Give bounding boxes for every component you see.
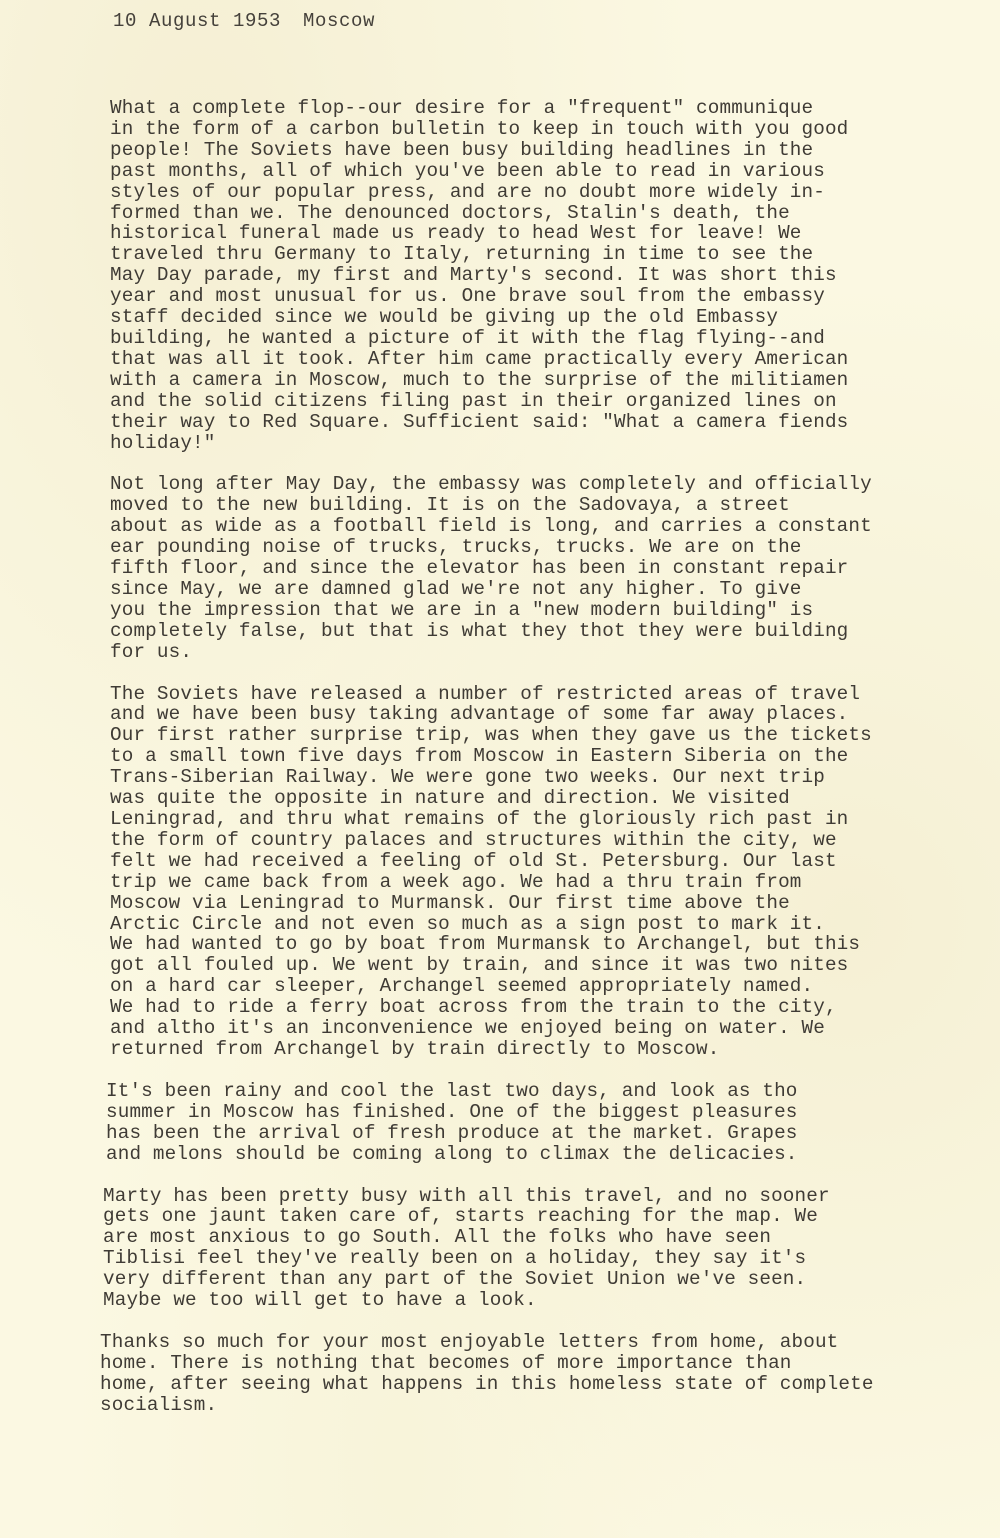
text-line: building, he wanted a picture of it with… <box>110 328 950 349</box>
text-line: has been the arrival of fresh produce at… <box>106 1123 950 1144</box>
text-line: Not long after May Day, the embassy was … <box>110 474 950 495</box>
letter-place: Moscow <box>303 10 375 32</box>
text-line: for us. <box>110 642 950 663</box>
text-line: in the form of a carbon bulletin to keep… <box>110 119 950 140</box>
paragraph-2: Not long after May Day, the embassy was … <box>110 474 950 662</box>
text-line: and we have been busy taking advantage o… <box>110 704 950 725</box>
text-line: completely false, but that is what they … <box>110 621 950 642</box>
paragraph-1: What a complete flop--our desire for a "… <box>110 98 950 453</box>
typed-letter-page: 10 August 1953Moscow What a complete flo… <box>0 0 1000 1538</box>
text-line: felt we had received a feeling of old St… <box>110 851 950 872</box>
text-line: Marty has been pretty busy with all this… <box>103 1186 950 1207</box>
text-line: and melons should be coming along to cli… <box>106 1144 950 1165</box>
text-line: gets one jaunt taken care of, starts rea… <box>103 1206 950 1227</box>
text-line: Tiblisi feel they've really been on a ho… <box>103 1248 950 1269</box>
text-line: trip we came back from a week ago. We ha… <box>110 872 950 893</box>
text-line: about as wide as a football field is lon… <box>110 516 950 537</box>
text-line: was quite the opposite in nature and dir… <box>110 788 950 809</box>
text-line: It's been rainy and cool the last two da… <box>106 1081 950 1102</box>
text-line: people! The Soviets have been busy build… <box>110 140 950 161</box>
text-line: Maybe we too will get to have a look. <box>103 1290 950 1311</box>
letter-header: 10 August 1953Moscow <box>113 10 375 32</box>
text-line: Trans-Siberian Railway. We were gone two… <box>110 767 950 788</box>
text-line: The Soviets have released a number of re… <box>110 684 950 705</box>
text-line: Moscow via Leningrad to Murmansk. Our fi… <box>110 893 950 914</box>
text-line: with a camera in Moscow, much to the sur… <box>110 370 950 391</box>
paragraph-4: It's been rainy and cool the last two da… <box>106 1081 950 1165</box>
text-line: holiday!" <box>110 433 950 454</box>
text-line: home, after seeing what happens in this … <box>100 1374 950 1395</box>
text-line: fifth floor, and since the elevator has … <box>110 558 950 579</box>
text-line: and altho it's an inconvenience we enjoy… <box>110 1018 950 1039</box>
text-line: Our first rather surprise trip, was when… <box>110 725 950 746</box>
text-line: and the solid citizens filing past in th… <box>110 391 950 412</box>
text-line: their way to Red Square. Sufficient said… <box>110 412 950 433</box>
text-line: staff decided since we would be giving u… <box>110 307 950 328</box>
text-line: on a hard car sleeper, Archangel seemed … <box>110 976 950 997</box>
text-line: ear pounding noise of trucks, trucks, tr… <box>110 537 950 558</box>
text-line: returned from Archangel by train directl… <box>110 1039 950 1060</box>
paragraph-5: Marty has been pretty busy with all this… <box>103 1186 950 1311</box>
text-line: Leningrad, and thru what remains of the … <box>110 809 950 830</box>
text-line: that was all it took. After him came pra… <box>110 349 950 370</box>
text-line: year and most unusual for us. One brave … <box>110 286 950 307</box>
letter-date: 10 August 1953 <box>113 10 281 32</box>
text-line: Thanks so much for your most enjoyable l… <box>100 1332 950 1353</box>
text-line: We had to ride a ferry boat across from … <box>110 997 950 1018</box>
text-line: styles of our popular press, and are no … <box>110 182 950 203</box>
text-line: May Day parade, my first and Marty's sec… <box>110 265 950 286</box>
text-line: to a small town five days from Moscow in… <box>110 746 950 767</box>
text-line: the form of country palaces and structur… <box>110 830 950 851</box>
text-line: got all fouled up. We went by train, and… <box>110 955 950 976</box>
text-line: since May, we are damned glad we're not … <box>110 579 950 600</box>
text-line: What a complete flop--our desire for a "… <box>110 98 950 119</box>
text-line: home. There is nothing that becomes of m… <box>100 1353 950 1374</box>
paragraph-6: Thanks so much for your most enjoyable l… <box>100 1332 950 1416</box>
text-line: very different than any part of the Sovi… <box>103 1269 950 1290</box>
text-line: are most anxious to go South. All the fo… <box>103 1227 950 1248</box>
text-line: historical funeral made us ready to head… <box>110 223 950 244</box>
text-line: past months, all of which you've been ab… <box>110 161 950 182</box>
text-line: moved to the new building. It is on the … <box>110 495 950 516</box>
text-line: you the impression that we are in a "new… <box>110 600 950 621</box>
text-line: Arctic Circle and not even so much as a … <box>110 914 950 935</box>
text-line: We had wanted to go by boat from Murmans… <box>110 934 950 955</box>
text-line: summer in Moscow has finished. One of th… <box>106 1102 950 1123</box>
text-line: socialism. <box>100 1395 950 1416</box>
text-line: traveled thru Germany to Italy, returnin… <box>110 244 950 265</box>
text-line: formed than we. The denounced doctors, S… <box>110 203 950 224</box>
paragraph-3: The Soviets have released a number of re… <box>110 684 950 1060</box>
letter-body: What a complete flop--our desire for a "… <box>110 98 950 1437</box>
